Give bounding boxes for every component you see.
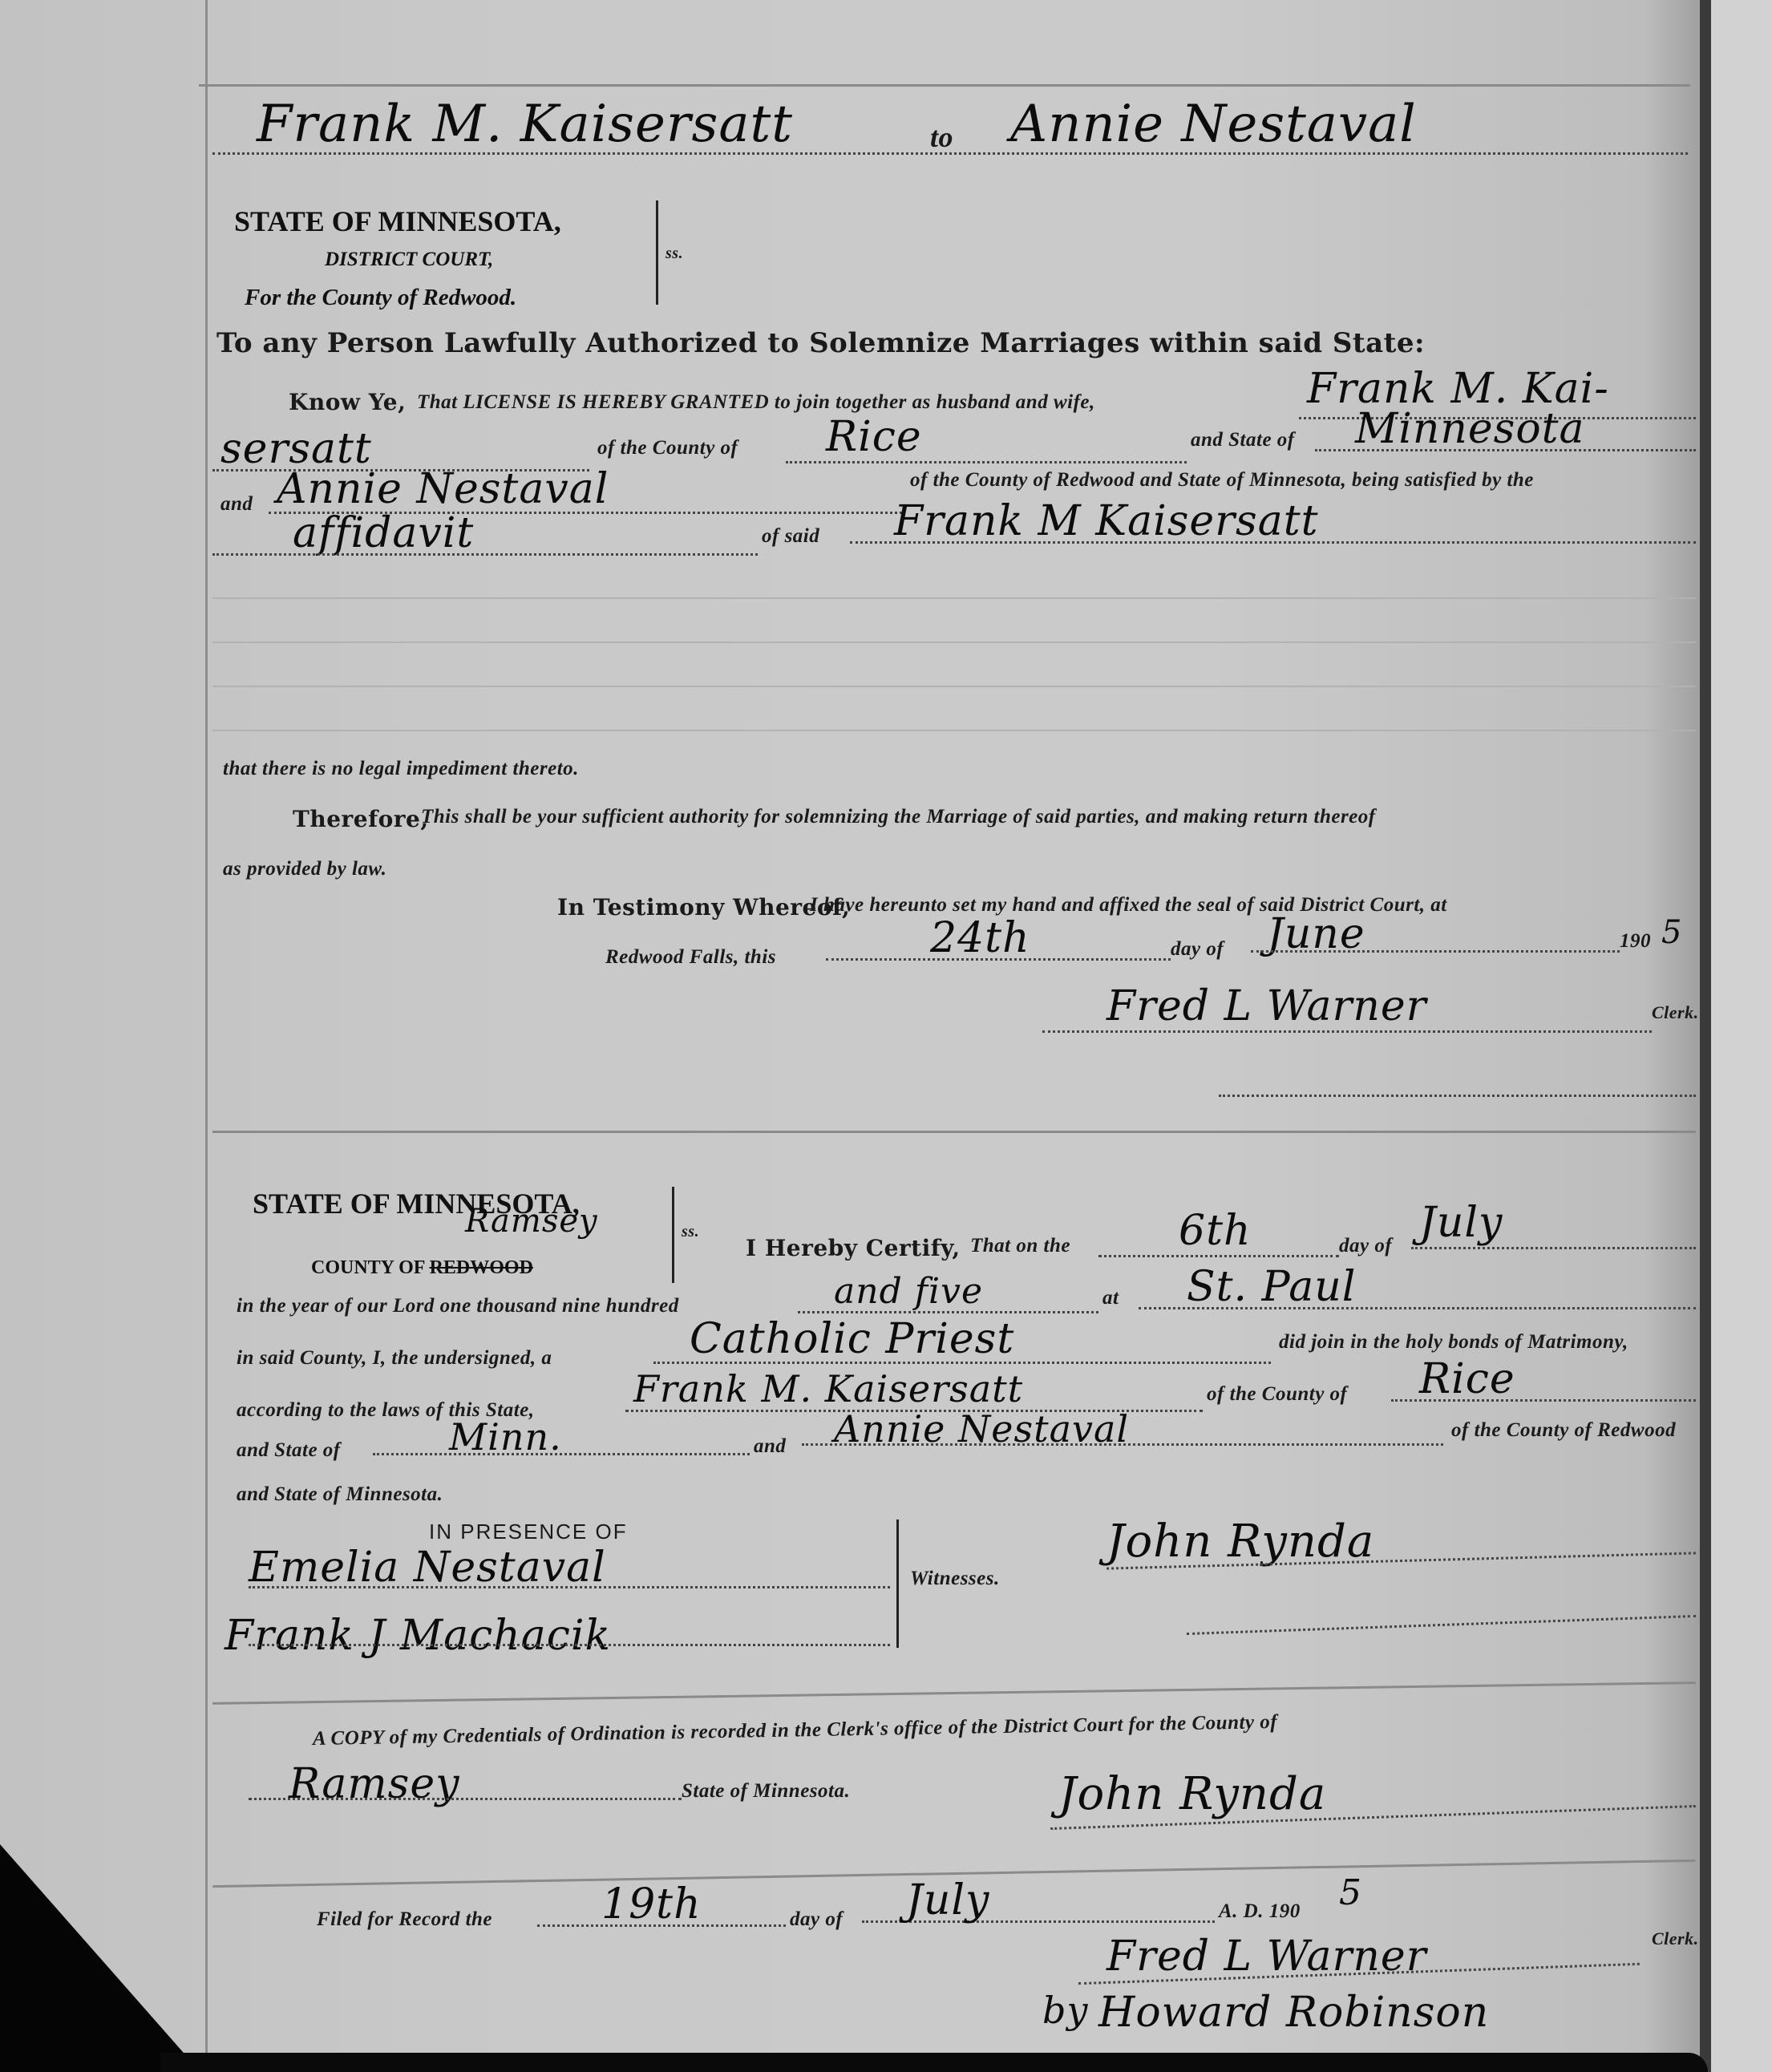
proof-type: affidavit (293, 509, 474, 557)
section-divider (212, 1131, 1696, 1133)
cert-of-county-label: of the County of (1207, 1383, 1347, 1406)
witnesses-brace (896, 1520, 899, 1648)
bride-state-text: and State of Minnesota. (237, 1483, 443, 1506)
license-salutation: To any Person Lawfully Authorized to Sol… (216, 327, 1425, 359)
license-venue-brace (656, 200, 658, 305)
at-label: at (1102, 1287, 1119, 1309)
cert-and-label: and (754, 1435, 786, 1458)
proof-type-line (212, 553, 758, 556)
cert-day-of-label: day of (1339, 1235, 1392, 1257)
year-suffix: 5 (1661, 914, 1682, 951)
certificate-month: July (1419, 1199, 1503, 1247)
groom-state-line (1315, 449, 1696, 451)
witness-2-line (249, 1644, 890, 1646)
license-state-heading: STATE OF MINNESOTA, (234, 204, 561, 238)
marriage-place: St. Paul (1187, 1263, 1356, 1311)
officiant-signature: John Rynda (1106, 1516, 1374, 1568)
adjacent-page-edge (1711, 0, 1772, 2072)
filing-year-suffix: 5 (1339, 1872, 1362, 1913)
filing-month: July (906, 1876, 989, 1924)
provided-text: as provided by law. (223, 858, 386, 880)
certificate-venue-brace (672, 1187, 674, 1283)
credentials-county-line (249, 1798, 682, 1800)
cert-groom-state-line (373, 1453, 750, 1455)
therefore-lead: Therefore, (293, 806, 429, 832)
filing-day: 19th (601, 1880, 702, 1928)
certificate-day: 6th (1179, 1207, 1251, 1255)
header-bride-name: Annie Nestaval (1010, 95, 1417, 154)
place-label: Redwood Falls, this (605, 946, 776, 969)
certificate-groom: Frank M. Kaisersatt (633, 1367, 1023, 1410)
deputy-signature: Howard Robinson (1098, 1989, 1489, 2037)
year-prefix: 190 (1620, 930, 1651, 953)
scan-corner-shadow (0, 1844, 200, 2072)
certificate-county-written: Ramsey (465, 1203, 598, 1240)
month-line (1251, 950, 1620, 953)
header-groom-name: Frank M. Kaisersatt (257, 95, 793, 154)
left-margin-rule (205, 0, 208, 2072)
header-name-line (212, 152, 1688, 155)
blank-rule (212, 597, 1696, 599)
license-groom-state: Minnesota (1355, 405, 1585, 453)
license-clerk-label: Clerk. (1652, 1002, 1699, 1023)
know-ye-text: That LICENSE IS HEREBY GRANTED to join t… (417, 391, 1095, 414)
top-rule (199, 84, 1690, 87)
of-said-label: of said (762, 525, 819, 548)
bride-residence-text: of the County of Redwood and State of Mi… (910, 469, 1534, 492)
officiant-title-line (653, 1362, 1271, 1364)
book-binding-edge (1700, 0, 1711, 2072)
know-ye-lead: Know Ye, (289, 389, 406, 415)
cert-bride-line (802, 1443, 1443, 1446)
bride-county-text: of the County of Redwood (1451, 1419, 1676, 1442)
license-day: 24th (930, 914, 1030, 962)
certificate-groom-county: Rice (1419, 1355, 1515, 1403)
cert-day-line (1098, 1255, 1339, 1257)
groom-county-line (786, 461, 1187, 463)
blank-rule (212, 730, 1696, 731)
license-groom-county: Rice (826, 413, 922, 461)
header-connector: to (930, 120, 953, 154)
blank-rule (212, 641, 1696, 643)
witnesses-label: Witnesses. (910, 1568, 1000, 1590)
county-struck-name: REDWOOD (430, 1257, 533, 1278)
deputy-line (1219, 1095, 1696, 1097)
witness-1: Emelia Nestaval (249, 1544, 606, 1592)
and-state-label: and State of (1191, 429, 1295, 451)
license-clerk-signature: Fred L Warner (1106, 982, 1427, 1030)
certificate-groom-state: Minn. (449, 1415, 562, 1459)
witness-1-line (249, 1586, 890, 1588)
county-label: COUNTY OF (311, 1257, 425, 1278)
credentials-state-text: State of Minnesota. (682, 1780, 850, 1803)
credentials-county: Ramsey (289, 1760, 460, 1808)
undersigned-text: in said County, I, the undersigned, a (237, 1347, 552, 1370)
scan-bottom-shadow (160, 2053, 1708, 2072)
license-bride-name: Annie Nestaval (277, 465, 609, 513)
witness-2: Frank J Machacik (225, 1612, 611, 1660)
of-county-label: of the County of (597, 437, 738, 459)
place-line (1139, 1307, 1696, 1309)
blank-rule (212, 686, 1696, 687)
cert-groom-county-line (1391, 1399, 1696, 1402)
day-of-label: day of (1171, 938, 1224, 961)
license-county-heading: For the County of Redwood. (245, 285, 516, 311)
and-label: and (220, 493, 253, 516)
certify-text: That on the (970, 1235, 1070, 1257)
filing-clerk-label: Clerk. (1652, 1928, 1699, 1949)
certificate-ss: ss. (682, 1223, 699, 1241)
impediment-text: that there is no legal impediment theret… (223, 758, 579, 780)
affiant-line (850, 541, 1696, 544)
year-written: and five (834, 1271, 983, 1312)
cert-and-state-label: and State of (237, 1439, 341, 1462)
therefore-text: This shall be your sufficient authority … (421, 806, 1376, 828)
license-ss: ss. (666, 245, 683, 263)
deputy-prefix: by (1042, 1989, 1088, 2032)
testimony-lead: In Testimony Whereof, (557, 894, 850, 921)
certificate-county-label: COUNTY OF REDWOOD (311, 1257, 533, 1279)
officiant-title: Catholic Priest (690, 1315, 1014, 1363)
filing-year-label: A. D. 190 (1219, 1900, 1301, 1923)
join-text: did join in the holy bonds of Matrimony, (1279, 1331, 1628, 1354)
license-court-heading: DISTRICT COURT, (325, 249, 493, 271)
officiant-signature-2: John Rynda (1058, 1768, 1326, 1820)
year-text: in the year of our Lord one thousand nin… (237, 1295, 679, 1317)
affiant-name: Frank M Kaisersatt (894, 497, 1319, 545)
cert-month-line (1411, 1247, 1696, 1249)
filing-day-of-label: day of (790, 1908, 843, 1931)
presence-label: IN PRESENCE OF (429, 1520, 628, 1544)
clerk-signature-line (1042, 1030, 1652, 1033)
filing-label: Filed for Record the (317, 1908, 492, 1931)
certify-lead: I Hereby Certify, (746, 1235, 961, 1261)
